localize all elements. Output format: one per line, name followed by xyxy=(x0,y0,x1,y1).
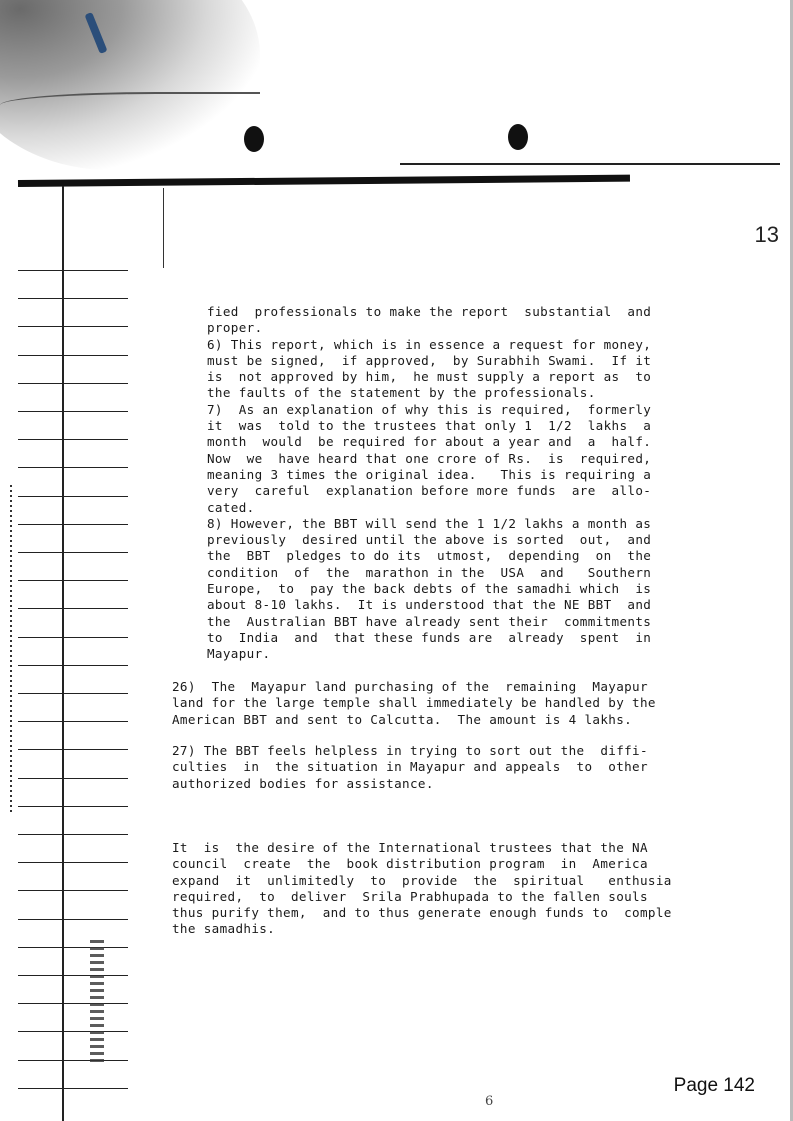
text-line: expand it unlimitedly to provide the spi… xyxy=(172,873,672,889)
binding-tick xyxy=(18,467,128,468)
text-line: fied professionals to make the report su… xyxy=(207,304,651,320)
text-line: Now we have heard that one crore of Rs. … xyxy=(207,451,651,467)
text-line: required, to deliver Srila Prabhupada to… xyxy=(172,889,672,905)
binding-tick xyxy=(18,439,128,440)
binding-tick xyxy=(18,355,128,356)
binding-tick xyxy=(18,608,128,609)
binding-tick xyxy=(18,975,128,976)
text-line: thus purify them, and to thus generate e… xyxy=(172,905,672,921)
binding-tick xyxy=(18,721,128,722)
text-line: 6) This report, which is in essence a re… xyxy=(207,337,651,353)
binding-tick xyxy=(18,580,128,581)
binding-tick xyxy=(18,1088,128,1089)
binding-tick xyxy=(18,890,128,891)
text-line: 26) The Mayapur land purchasing of the r… xyxy=(172,679,656,695)
binding-tick xyxy=(18,524,128,525)
binding-tick xyxy=(18,270,128,271)
item-27-paragraph: 27) The BBT feels helpless in trying to … xyxy=(172,743,648,792)
item-26-paragraph: 26) The Mayapur land purchasing of the r… xyxy=(172,679,656,728)
scan-shadow xyxy=(0,0,260,170)
binding-tick xyxy=(18,749,128,750)
binding-tick xyxy=(18,298,128,299)
binding-tick xyxy=(18,383,128,384)
text-line: the samadhis. xyxy=(172,921,672,937)
binding-tick xyxy=(18,919,128,920)
binding-tick xyxy=(18,947,128,948)
footer-page-label: Page 142 xyxy=(674,1075,755,1097)
binding-tick xyxy=(18,1060,128,1061)
text-line: the Australian BBT have already sent the… xyxy=(207,614,651,630)
binding-tick xyxy=(18,862,128,863)
text-line: It is the desire of the International tr… xyxy=(172,840,672,856)
text-line: the faults of the statement by the profe… xyxy=(207,385,651,401)
punch-hole-right xyxy=(508,124,528,150)
text-line: council create the book distribution pro… xyxy=(172,856,672,872)
punch-hole-left xyxy=(244,126,264,152)
binding-tick xyxy=(18,1031,128,1032)
binding-tick xyxy=(18,806,128,807)
text-line: the BBT pledges to do its utmost, depend… xyxy=(207,548,651,564)
binding-tick xyxy=(18,834,128,835)
header-rule-thin xyxy=(400,163,780,165)
text-line: cated. xyxy=(207,500,651,516)
binding-dotted-line xyxy=(10,485,12,815)
binding-tick xyxy=(18,665,128,666)
text-line: land for the large temple shall immediat… xyxy=(172,695,656,711)
text-line: meaning 3 times the original idea. This … xyxy=(207,467,651,483)
typed-page-number: 6 xyxy=(485,1094,493,1109)
text-line: is not approved by him, he must supply a… xyxy=(207,369,651,385)
text-line: condition of the marathon in the USA and… xyxy=(207,565,651,581)
text-line: to India and that these funds are alread… xyxy=(207,630,651,646)
text-line: previously desired until the above is so… xyxy=(207,532,651,548)
text-line: American BBT and sent to Calcutta. The a… xyxy=(172,712,656,728)
corner-page-number: 13 xyxy=(755,222,779,248)
text-line: authorized bodies for assistance. xyxy=(172,776,648,792)
text-line: 7) As an explanation of why this is requ… xyxy=(207,402,651,418)
text-line: very careful explanation before more fun… xyxy=(207,483,651,499)
binding-tick xyxy=(18,637,128,638)
text-line: Europe, to pay the back debts of the sam… xyxy=(207,581,651,597)
text-line: culties in the situation in Mayapur and … xyxy=(172,759,648,775)
continuation-section: fied professionals to make the report su… xyxy=(207,304,651,663)
text-line: 8) However, the BBT will send the 1 1/2 … xyxy=(207,516,651,532)
text-line: Mayapur. xyxy=(207,646,651,662)
handwritten-marks xyxy=(90,940,104,1065)
closing-paragraph: It is the desire of the International tr… xyxy=(172,840,672,938)
binding-tick xyxy=(18,552,128,553)
text-line: 27) The BBT feels helpless in trying to … xyxy=(172,743,648,759)
margin-line xyxy=(163,188,164,268)
binding-tick xyxy=(18,326,128,327)
binding-tick xyxy=(18,1003,128,1004)
text-line: proper. xyxy=(207,320,651,336)
binding-tick xyxy=(18,778,128,779)
binding-tick xyxy=(18,411,128,412)
text-line: about 8-10 lakhs. It is understood that … xyxy=(207,597,651,613)
text-line: month would be required for about a year… xyxy=(207,434,651,450)
text-line: it was told to the trustees that only 1 … xyxy=(207,418,651,434)
header-rule-thick xyxy=(18,175,630,187)
binding-tick xyxy=(18,693,128,694)
binding-tick xyxy=(18,496,128,497)
text-line: must be signed, if approved, by Surabhih… xyxy=(207,353,651,369)
